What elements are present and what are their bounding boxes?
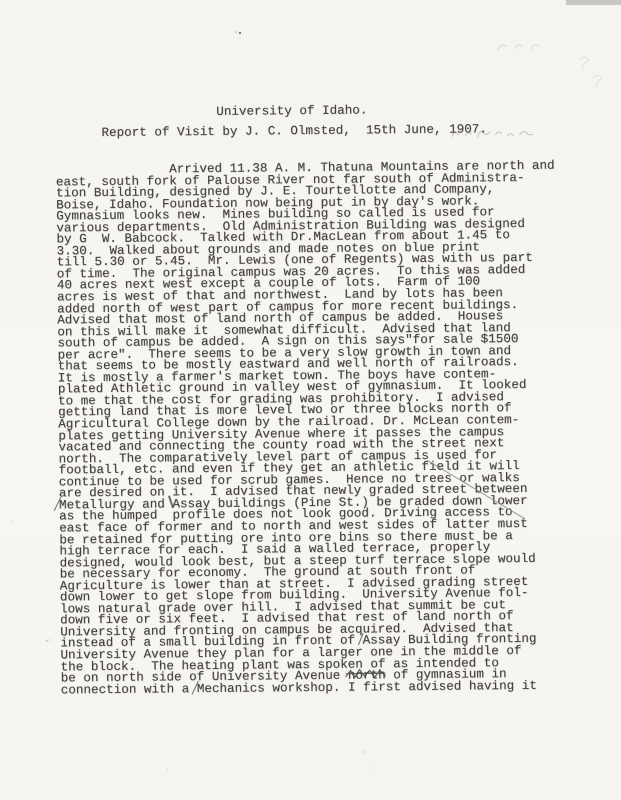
document-title: University of Idaho. — [216, 103, 367, 118]
document-subtitle: Report of Visit by J. C. Olmsted, 15th J… — [101, 122, 487, 140]
scan-speck — [10, 521, 12, 522]
scan-speck — [46, 640, 48, 642]
scan-edge-artifact — [566, 0, 621, 5]
scanned-document-page: University of Idaho. Report of Visit by … — [0, 0, 621, 800]
scan-speck — [167, 769, 168, 771]
pencil-faint-mark-2-icon — [573, 52, 607, 97]
typed-strikeover-mark — [345, 667, 387, 685]
typewritten-text-layer: University of Idaho. Report of Visit by … — [0, 0, 621, 800]
document-body: Arrived 11.38 A. M. Thatuna Mountains ar… — [56, 161, 560, 697]
pencil-scribble-icon — [449, 125, 535, 147]
scan-speck — [364, 751, 366, 753]
typed-line: connection with a Mechanics workshop. I … — [61, 680, 560, 696]
scan-speck — [239, 32, 241, 34]
pencil-faint-mark-icon — [495, 38, 545, 61]
